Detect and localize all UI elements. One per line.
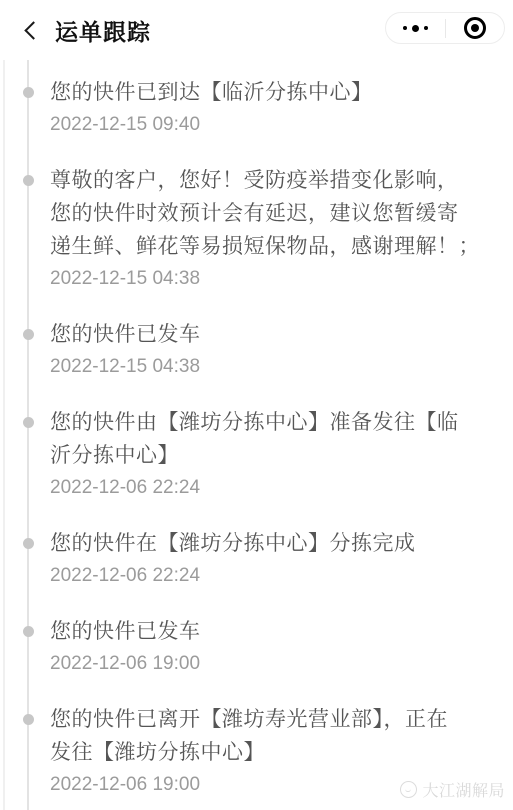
- more-options-button[interactable]: [386, 13, 445, 43]
- timeline-dot-icon: [23, 175, 34, 186]
- event-timestamp: 2022-12-06 22:24: [50, 474, 477, 502]
- event-message: 您的快件已发车: [50, 318, 477, 351]
- timeline-dot-icon: [23, 417, 34, 428]
- event-text-line: 发往【潍坊分拣中心】: [50, 736, 477, 769]
- event-message: 您的快件已发车: [50, 615, 477, 648]
- event-message: 您的快件在【潍坊分拣中心】分拣完成: [50, 527, 477, 560]
- more-dots-icon: [403, 25, 428, 32]
- tracking-event: 您的快件在【潍坊分拣中心】分拣完成 2022-12-06 22:24: [50, 527, 477, 590]
- timeline-dot-icon: [23, 626, 34, 637]
- event-timestamp: 2022-12-06 19:00: [50, 650, 477, 678]
- tracking-event: 您的快件已发车 2022-12-06 19:00: [50, 615, 477, 678]
- timeline-dot-icon: [23, 538, 34, 549]
- event-timestamp: 2022-12-15 04:38: [50, 353, 477, 381]
- event-timestamp: 2022-12-15 09:40: [50, 111, 477, 139]
- header: 运单跟踪: [0, 0, 513, 60]
- back-button[interactable]: [10, 10, 50, 50]
- tracking-event: 您的快件由【潍坊分拣中心】准备发往【临沂分拣中心】 2022-12-06 22:…: [50, 406, 477, 502]
- tracking-event: 您的快件已发车 2022-12-15 04:38: [50, 318, 477, 381]
- event-text-line: 递生鲜、鲜花等易损短保物品，感谢理解！；: [50, 230, 477, 263]
- event-message: 尊敬的客户，您好！受防疫举措变化影响，您的快件时效预计会有延迟，建议您暂缓寄递生…: [50, 164, 477, 263]
- event-text-line: 您的快件在【潍坊分拣中心】分拣完成: [50, 527, 477, 560]
- event-timestamp: 2022-12-06 22:24: [50, 562, 477, 590]
- event-text-line: 您的快件已发车: [50, 615, 477, 648]
- event-message: 您的快件由【潍坊分拣中心】准备发往【临沂分拣中心】: [50, 406, 477, 472]
- timeline-dot-icon: [23, 714, 34, 725]
- timeline-dot-icon: [23, 329, 34, 340]
- timeline-dot-icon: [23, 87, 34, 98]
- page-title: 运单跟踪: [55, 14, 151, 47]
- event-timestamp: 2022-12-15 04:38: [50, 265, 477, 293]
- event-text-line: 您的快件时效预计会有延迟，建议您暂缓寄: [50, 197, 477, 230]
- target-circle-icon: [464, 17, 486, 39]
- event-text-line: 尊敬的客户，您好！受防疫举措变化影响，: [50, 164, 477, 197]
- watermark-text: 大江湖解局: [422, 778, 505, 801]
- minimize-exit-button[interactable]: [446, 13, 505, 43]
- event-text-line: 您的快件已离开【潍坊寿光营业部】，正在: [50, 703, 477, 736]
- event-text-line: 沂分拣中心】: [50, 439, 477, 472]
- event-text-line: 您的快件已发车: [50, 318, 477, 351]
- event-message: 您的快件已到达【临沂分拣中心】: [50, 76, 477, 109]
- chevron-left-icon: [24, 21, 42, 39]
- wechat-capsule: [385, 12, 505, 44]
- watermark: 大江湖解局: [400, 778, 505, 801]
- tracking-event: 您的快件已到达【临沂分拣中心】 2022-12-15 09:40: [50, 76, 477, 139]
- event-message: 您的快件已离开【潍坊寿光营业部】，正在发往【潍坊分拣中心】: [50, 703, 477, 769]
- tracking-event: 尊敬的客户，您好！受防疫举措变化影响，您的快件时效预计会有延迟，建议您暂缓寄递生…: [50, 164, 477, 293]
- watermark-logo-icon: [400, 781, 417, 798]
- tracking-timeline[interactable]: 您的快件已到达【临沂分拣中心】 2022-12-15 09:40 尊敬的客户，您…: [0, 60, 513, 810]
- event-text-line: 您的快件已到达【临沂分拣中心】: [50, 76, 477, 109]
- event-text-line: 您的快件由【潍坊分拣中心】准备发往【临: [50, 406, 477, 439]
